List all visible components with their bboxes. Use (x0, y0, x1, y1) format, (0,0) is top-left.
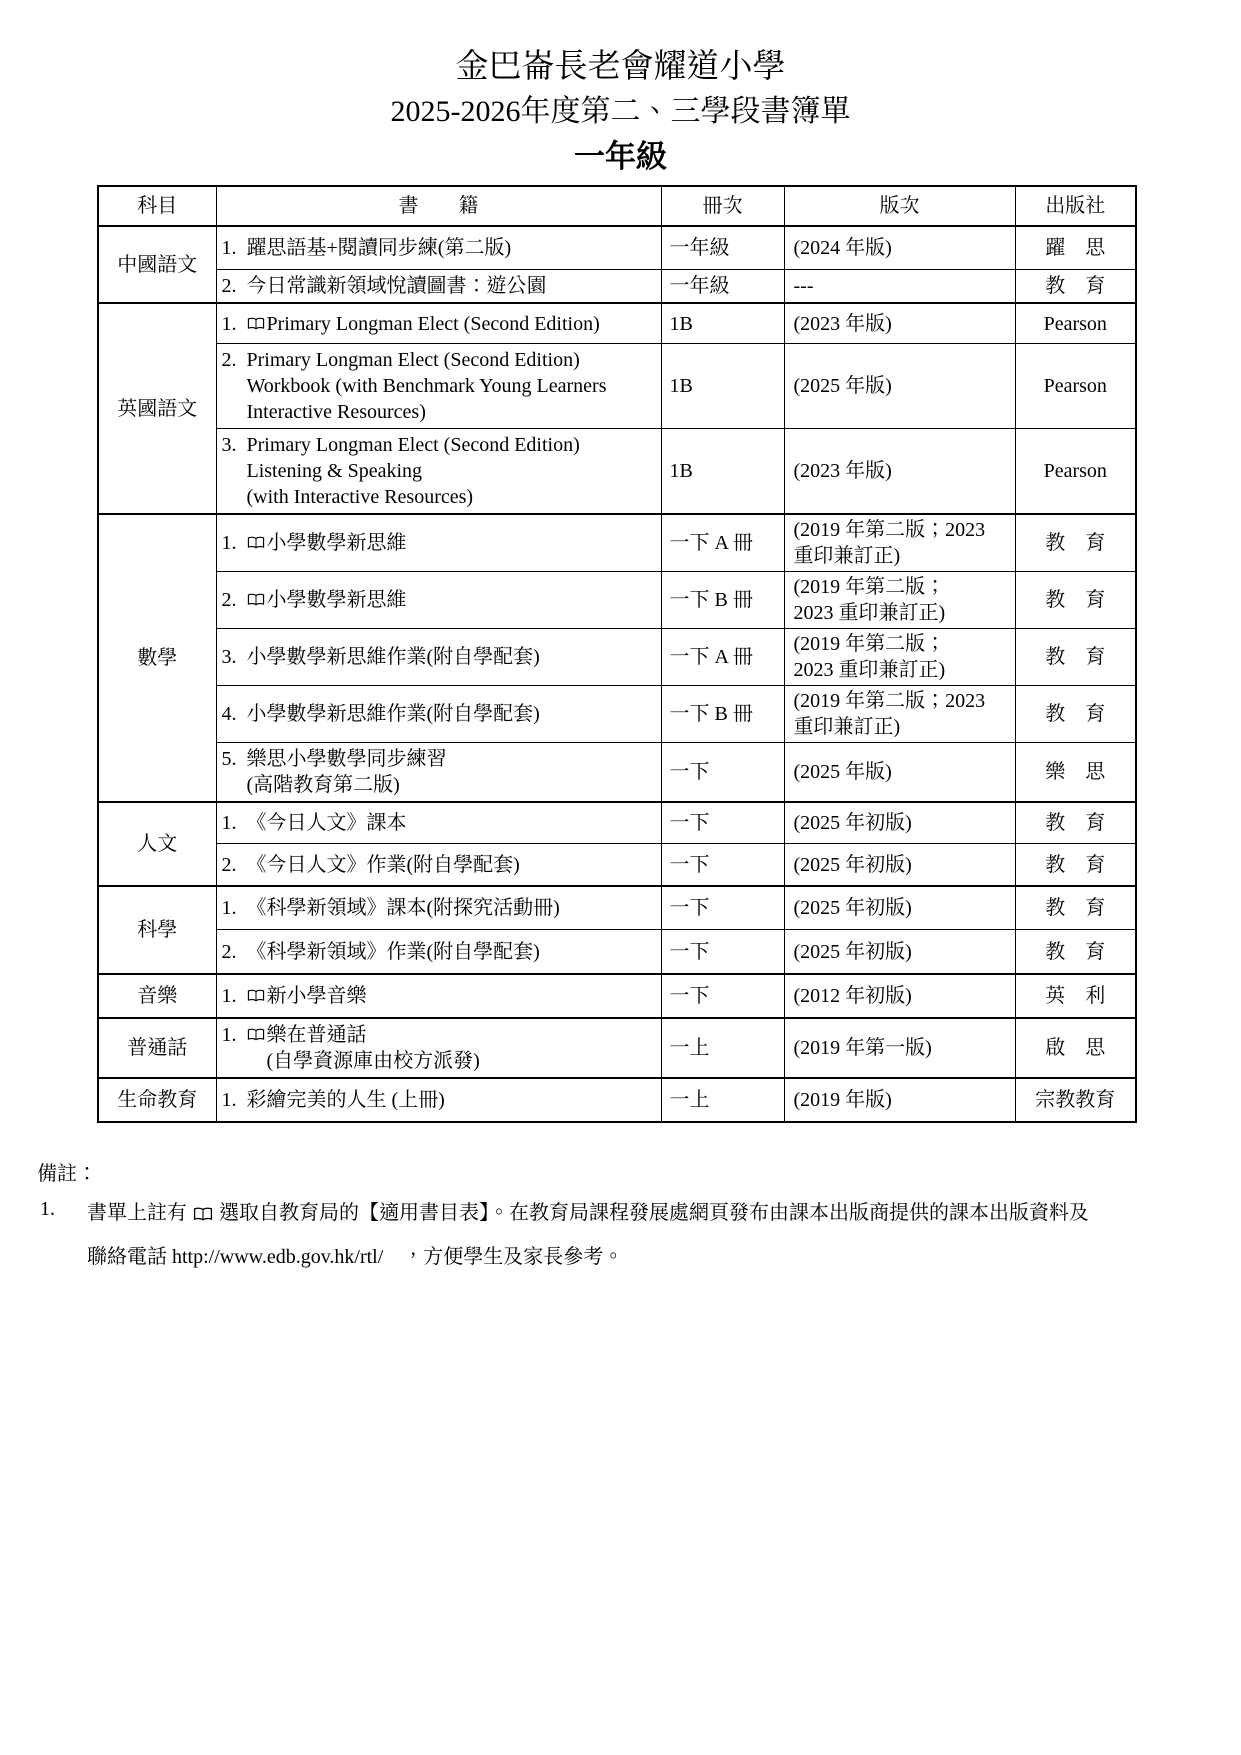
notes-heading: 備註： (37, 1157, 1241, 1186)
volume-cell: 一下 A 冊 (661, 514, 784, 572)
publisher-cell: 教 育 (1015, 802, 1136, 844)
volume-cell: 一下 (661, 974, 784, 1018)
edition-cell: (2025 年初版) (784, 844, 1015, 886)
book-cell: 1. 躍思語基+閱讀同步練(第二版) (216, 226, 661, 270)
subject-cell-science: 科學 (98, 886, 216, 974)
booklist-page: 金巴崙長老會耀道小學 2025-2026年度第二、三學段書簿單 一年級 科目 書… (0, 0, 1241, 1755)
subject-cell-chinese: 中國語文 (98, 226, 216, 304)
header-subject: 科目 (98, 186, 216, 226)
subject-cell-math: 數學 (98, 514, 216, 802)
table-header-row: 科目 書 籍 冊次 版次 出版社 (98, 186, 1136, 226)
grade-title: 一年級 (0, 138, 1241, 175)
book-cell: 4. 小學數學新思維作業(附自學配套) (216, 685, 661, 742)
header-volume: 冊次 (661, 186, 784, 226)
book-number: 3. (222, 644, 247, 670)
booklist-table: 科目 書 籍 冊次 版次 出版社 中國語文 1. 躍思語基+閱讀同步練(第二版)… (97, 185, 1137, 1123)
book-title: 樂在普通話 (自學資源庫由校方派發) (267, 1022, 480, 1074)
volume-cell: 一下 (661, 886, 784, 930)
header-books: 書 籍 (216, 186, 661, 226)
book-number: 3. (222, 432, 247, 458)
volume-cell: 一下 A 冊 (661, 628, 784, 685)
edition-cell: (2025 年初版) (784, 930, 1015, 974)
table-row: 4. 小學數學新思維作業(附自學配套) 一下 B 冊 (2019 年第二版；20… (98, 685, 1136, 742)
publisher-cell: 宗教教育 (1015, 1078, 1136, 1122)
table-row: 普通話 1. 樂在普通話 (自學資源庫由校方派發) 一上 (2019 年第一版)… (98, 1018, 1136, 1078)
volume-cell: 1B (661, 428, 784, 514)
edition-cell: (2019 年第二版；2023 重印兼訂正) (784, 685, 1015, 742)
table-row: 5. 樂思小學數學同步練習 (高階教育第二版) 一下 (2025 年版) 樂 思 (98, 742, 1136, 802)
publisher-cell: 啟 思 (1015, 1018, 1136, 1078)
edition-cell: (2024 年版) (784, 226, 1015, 270)
volume-cell: 1B (661, 343, 784, 428)
publisher-cell: 躍 思 (1015, 226, 1136, 270)
open-book-icon (187, 1202, 219, 1224)
note-text-line1: 書單上註有選取自教育局的【適用書目表】。在教育局課程發展處網頁發布由課本出版商提… (87, 1198, 1147, 1228)
book-cell: 2. 《科學新領域》作業(附自學配套) (216, 930, 661, 974)
page-title: 金巴崙長老會耀道小學 (0, 48, 1241, 88)
book-cell: 1. 小學數學新思維 (216, 514, 661, 572)
book-number: 2. (222, 587, 247, 613)
publisher-cell: 英 利 (1015, 974, 1136, 1018)
note-text-after-icon: 選取自教育局的【適用書目表】。在教育局課程發展處網頁發布由課本出版商提供的課本出… (219, 1202, 1089, 1224)
book-title: Primary Longman Elect (Second Edition) W… (247, 347, 607, 425)
book-number: 1. (222, 983, 247, 1009)
edition-cell: --- (784, 270, 1015, 304)
book-number: 2. (222, 273, 247, 299)
book-cell: 1. 新小學音樂 (216, 974, 661, 1018)
publisher-cell: 教 育 (1015, 886, 1136, 930)
book-number: 5. (222, 746, 247, 772)
table-row: 音樂 1. 新小學音樂 一下 (2012 年初版) 英 利 (98, 974, 1136, 1018)
table-row: 人文 1. 《今日人文》課本 一下 (2025 年初版) 教 育 (98, 802, 1136, 844)
publisher-cell: 教 育 (1015, 685, 1136, 742)
notes-section: 備註： 1. 書單上註有選取自教育局的【適用書目表】。在教育局課程發展處網頁發布… (37, 1157, 1241, 1272)
book-cell: 2. 小學數學新思維 (216, 571, 661, 628)
subject-cell-life-education: 生命教育 (98, 1078, 216, 1122)
edition-cell: (2025 年版) (784, 742, 1015, 802)
open-book-icon (247, 530, 267, 549)
open-book-icon (247, 983, 267, 1002)
table-row: 英國語文 1. Primary Longman Elect (Second Ed… (98, 303, 1136, 343)
book-cell: 1. 樂在普通話 (自學資源庫由校方派發) (216, 1018, 661, 1078)
volume-cell: 一下 (661, 802, 784, 844)
table-row: 生命教育 1. 彩繪完美的人生 (上冊) 一上 (2019 年版) 宗教教育 (98, 1078, 1136, 1122)
book-title: 小學數學新思維 (267, 587, 407, 613)
volume-cell: 一下 B 冊 (661, 685, 784, 742)
book-number: 1. (222, 895, 247, 921)
publisher-cell: 教 育 (1015, 628, 1136, 685)
volume-cell: 一下 B 冊 (661, 571, 784, 628)
book-cell: 3. 小學數學新思維作業(附自學配套) (216, 628, 661, 685)
table-row: 數學 1. 小學數學新思維 一下 A 冊 (2019 年第二版；2023 重印兼… (98, 514, 1136, 572)
edition-cell: (2025 年初版) (784, 886, 1015, 930)
edition-cell: (2023 年版) (784, 428, 1015, 514)
book-title: Primary Longman Elect (Second Edition) (267, 311, 600, 337)
book-cell: 5. 樂思小學數學同步練習 (高階教育第二版) (216, 742, 661, 802)
table-row: 2. 《今日人文》作業(附自學配套) 一下 (2025 年初版) 教 育 (98, 844, 1136, 886)
book-number: 2. (222, 939, 247, 965)
edition-cell: (2019 年第二版； 2023 重印兼訂正) (784, 628, 1015, 685)
note-text-line2: 聯絡電話 http://www.edb.gov.hk/rtl/ ，方便學生及家長… (87, 1242, 1147, 1272)
edition-cell: (2019 年第二版； 2023 重印兼訂正) (784, 571, 1015, 628)
subject-cell-music: 音樂 (98, 974, 216, 1018)
book-title: 新小學音樂 (267, 983, 367, 1009)
volume-cell: 一下 (661, 930, 784, 974)
book-title: 躍思語基+閱讀同步練(第二版) (247, 235, 512, 261)
publisher-cell: 教 育 (1015, 270, 1136, 304)
subject-cell-putonghua: 普通話 (98, 1018, 216, 1078)
book-title: 《科學新領域》課本(附探究活動冊) (247, 895, 560, 921)
header-publisher: 出版社 (1015, 186, 1136, 226)
book-number: 1. (222, 311, 247, 337)
volume-cell: 一年級 (661, 226, 784, 270)
book-cell: 1. 《科學新領域》課本(附探究活動冊) (216, 886, 661, 930)
book-number: 1. (222, 1087, 247, 1113)
book-title: 小學數學新思維 (267, 530, 407, 556)
subject-cell-english: 英國語文 (98, 303, 216, 514)
edition-cell: (2019 年第二版；2023 重印兼訂正) (784, 514, 1015, 572)
book-number: 1. (222, 235, 247, 261)
note-text-before-icon: 書單上註有 (87, 1202, 187, 1224)
title-block: 金巴崙長老會耀道小學 2025-2026年度第二、三學段書簿單 一年級 (0, 0, 1241, 175)
book-title: 樂思小學數學同步練習 (高階教育第二版) (247, 746, 447, 798)
edition-cell: (2012 年初版) (784, 974, 1015, 1018)
subject-cell-humanities: 人文 (98, 802, 216, 886)
table-row: 3. 小學數學新思維作業(附自學配套) 一下 A 冊 (2019 年第二版； 2… (98, 628, 1136, 685)
book-title: 《今日人文》課本 (247, 810, 407, 836)
book-number: 2. (222, 852, 247, 878)
book-title: 彩繪完美的人生 (上冊) (247, 1087, 445, 1113)
book-title: 《科學新領域》作業(附自學配套) (247, 939, 540, 965)
edition-cell: (2019 年版) (784, 1078, 1015, 1122)
volume-cell: 一上 (661, 1078, 784, 1122)
publisher-cell: 教 育 (1015, 571, 1136, 628)
page-subtitle: 2025-2026年度第二、三學段書簿單 (0, 94, 1241, 130)
open-book-icon (247, 1022, 267, 1041)
book-number: 1. (222, 810, 247, 836)
table-row: 科學 1. 《科學新領域》課本(附探究活動冊) 一下 (2025 年初版) 教 … (98, 886, 1136, 930)
header-edition: 版次 (784, 186, 1015, 226)
open-book-icon (247, 311, 267, 330)
book-title: Primary Longman Elect (Second Edition) L… (247, 432, 580, 510)
publisher-cell: Pearson (1015, 343, 1136, 428)
table-row: 3. Primary Longman Elect (Second Edition… (98, 428, 1136, 514)
book-number: 1. (222, 1022, 247, 1048)
book-cell: 2. 今日常識新領域悅讀圖書：遊公園 (216, 270, 661, 304)
publisher-cell: 樂 思 (1015, 742, 1136, 802)
table-row: 中國語文 1. 躍思語基+閱讀同步練(第二版) 一年級 (2024 年版) 躍 … (98, 226, 1136, 270)
note-number: 1. (40, 1198, 87, 1221)
table-row: 2. Primary Longman Elect (Second Edition… (98, 343, 1136, 428)
note-item-1: 1. 書單上註有選取自教育局的【適用書目表】。在教育局課程發展處網頁發布由課本出… (40, 1198, 1241, 1272)
volume-cell: 一上 (661, 1018, 784, 1078)
publisher-cell: 教 育 (1015, 514, 1136, 572)
book-cell: 2. 《今日人文》作業(附自學配套) (216, 844, 661, 886)
book-title: 小學數學新思維作業(附自學配套) (247, 701, 540, 727)
table-row: 2. 小學數學新思維 一下 B 冊 (2019 年第二版； 2023 重印兼訂正… (98, 571, 1136, 628)
book-cell: 1. 《今日人文》課本 (216, 802, 661, 844)
volume-cell: 一下 (661, 742, 784, 802)
book-cell: 1. Primary Longman Elect (Second Edition… (216, 303, 661, 343)
volume-cell: 1B (661, 303, 784, 343)
table-row: 2. 今日常識新領域悅讀圖書：遊公園 一年級 --- 教 育 (98, 270, 1136, 304)
edition-cell: (2023 年版) (784, 303, 1015, 343)
book-number: 1. (222, 530, 247, 556)
volume-cell: 一下 (661, 844, 784, 886)
open-book-icon (247, 587, 267, 606)
book-cell: 3. Primary Longman Elect (Second Edition… (216, 428, 661, 514)
publisher-cell: Pearson (1015, 428, 1136, 514)
book-number: 2. (222, 347, 247, 373)
book-number: 4. (222, 701, 247, 727)
book-title: 《今日人文》作業(附自學配套) (247, 852, 520, 878)
book-cell: 2. Primary Longman Elect (Second Edition… (216, 343, 661, 428)
edition-cell: (2025 年版) (784, 343, 1015, 428)
edition-cell: (2025 年初版) (784, 802, 1015, 844)
volume-cell: 一年級 (661, 270, 784, 304)
book-title: 今日常識新領域悅讀圖書：遊公園 (247, 273, 547, 299)
edition-cell: (2019 年第一版) (784, 1018, 1015, 1078)
publisher-cell: Pearson (1015, 303, 1136, 343)
book-title: 小學數學新思維作業(附自學配套) (247, 644, 540, 670)
book-cell: 1. 彩繪完美的人生 (上冊) (216, 1078, 661, 1122)
publisher-cell: 教 育 (1015, 844, 1136, 886)
publisher-cell: 教 育 (1015, 930, 1136, 974)
table-row: 2. 《科學新領域》作業(附自學配套) 一下 (2025 年初版) 教 育 (98, 930, 1136, 974)
